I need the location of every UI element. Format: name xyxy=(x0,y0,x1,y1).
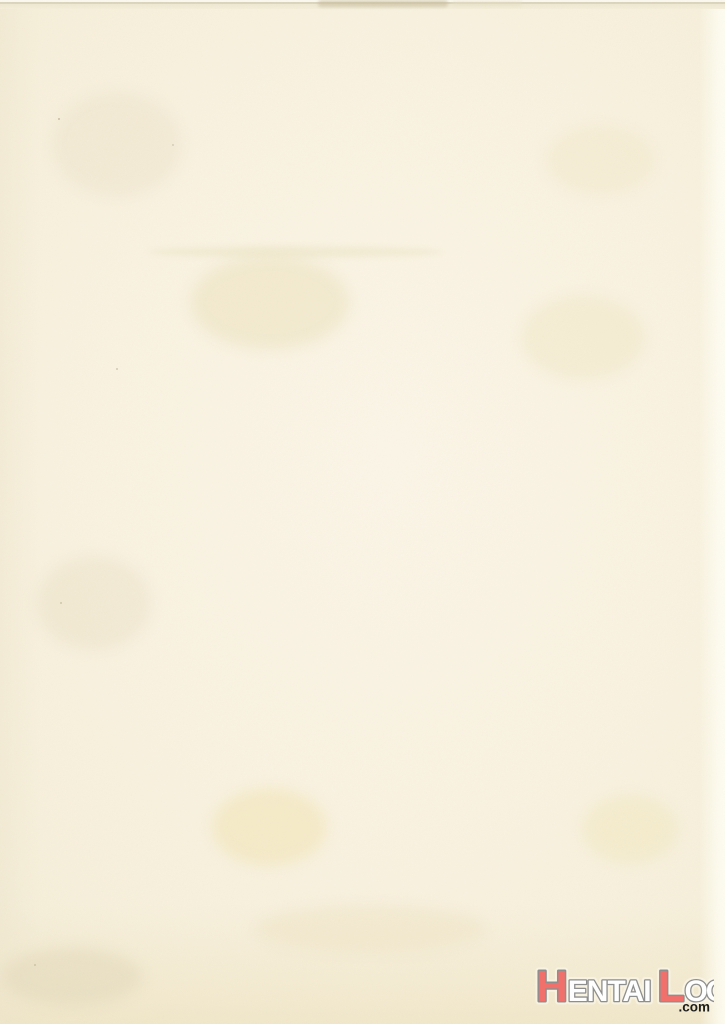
logo-tld: .com xyxy=(678,1000,710,1014)
logo-initial-h: H xyxy=(536,965,568,1011)
hentailoop-watermark: HENTAILOOP HENTAILOOP .com xyxy=(534,965,714,1013)
hentailoop-logo: HENTAILOOP HENTAILOOP .com xyxy=(534,965,714,1013)
scanned-page: HENTAILOOP HENTAILOOP .com xyxy=(0,0,725,1024)
logo-text-entai: ENTAI xyxy=(568,975,651,1008)
paper-grain-texture xyxy=(0,0,725,1024)
